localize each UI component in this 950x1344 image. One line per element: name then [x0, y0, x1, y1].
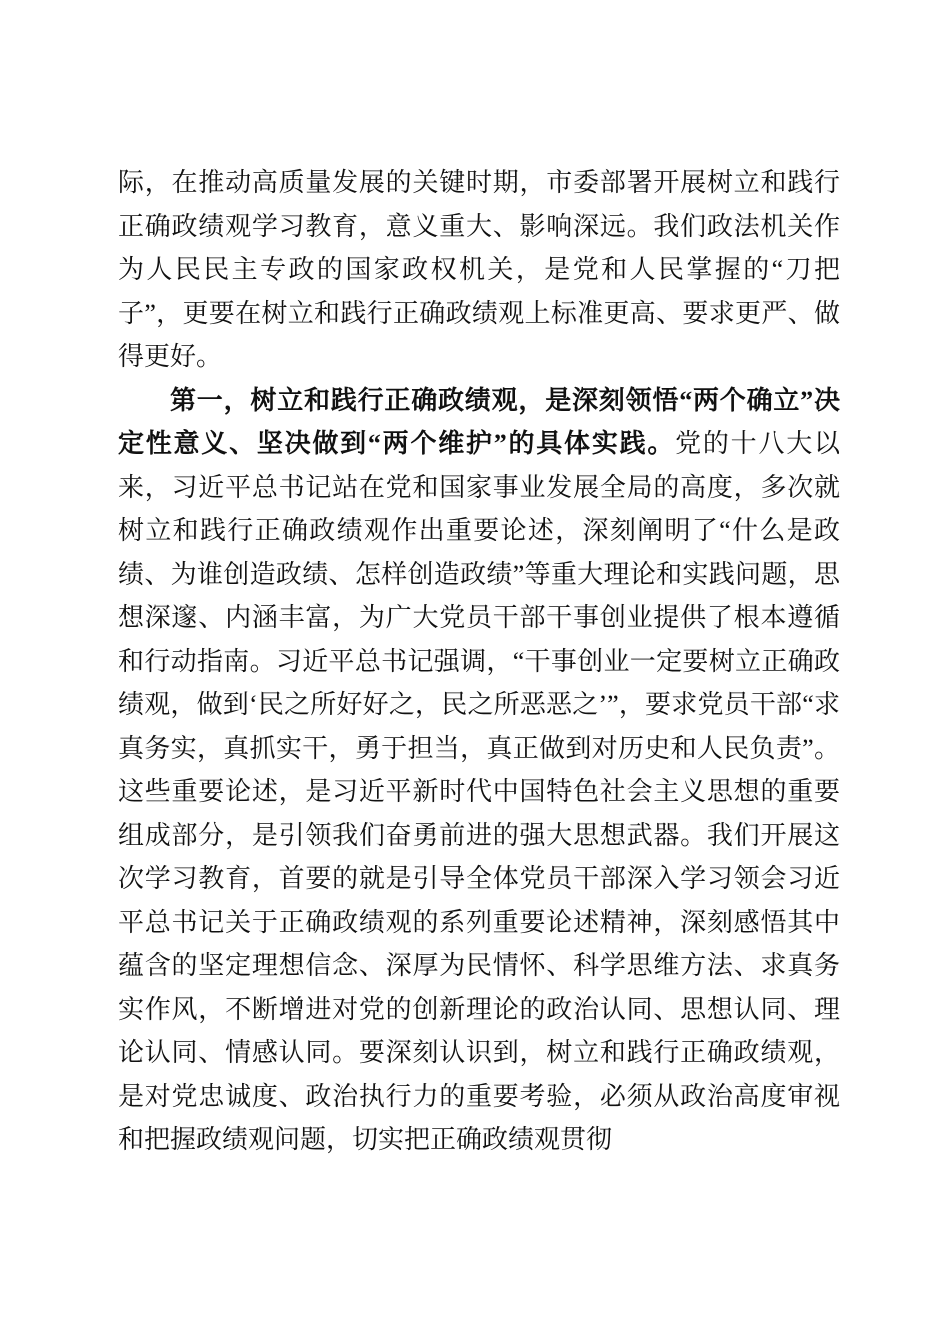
- paragraph-1: 际，在推动高质量发展的关键时期，市委部署开展树立和践行正确政绩观学习教育，意义重…: [118, 161, 840, 379]
- text-run: 党的十八大以来，习近平总书记站在党和国家事业发展全局的高度，多次就树立和践行正确…: [118, 429, 840, 1154]
- document-page: 际，在推动高质量发展的关键时期，市委部署开展树立和践行正确政绩观学习教育，意义重…: [0, 0, 950, 1344]
- document-body: 际，在推动高质量发展的关键时期，市委部署开展树立和践行正确政绩观学习教育，意义重…: [118, 161, 840, 1162]
- paragraph-2: 第一，树立和践行正确政绩观，是深刻领悟“两个确立”决定性意义、坚决做到“两个维护…: [118, 379, 840, 1162]
- text-run: 际，在推动高质量发展的关键时期，市委部署开展树立和践行正确政绩观学习教育，意义重…: [118, 168, 840, 371]
